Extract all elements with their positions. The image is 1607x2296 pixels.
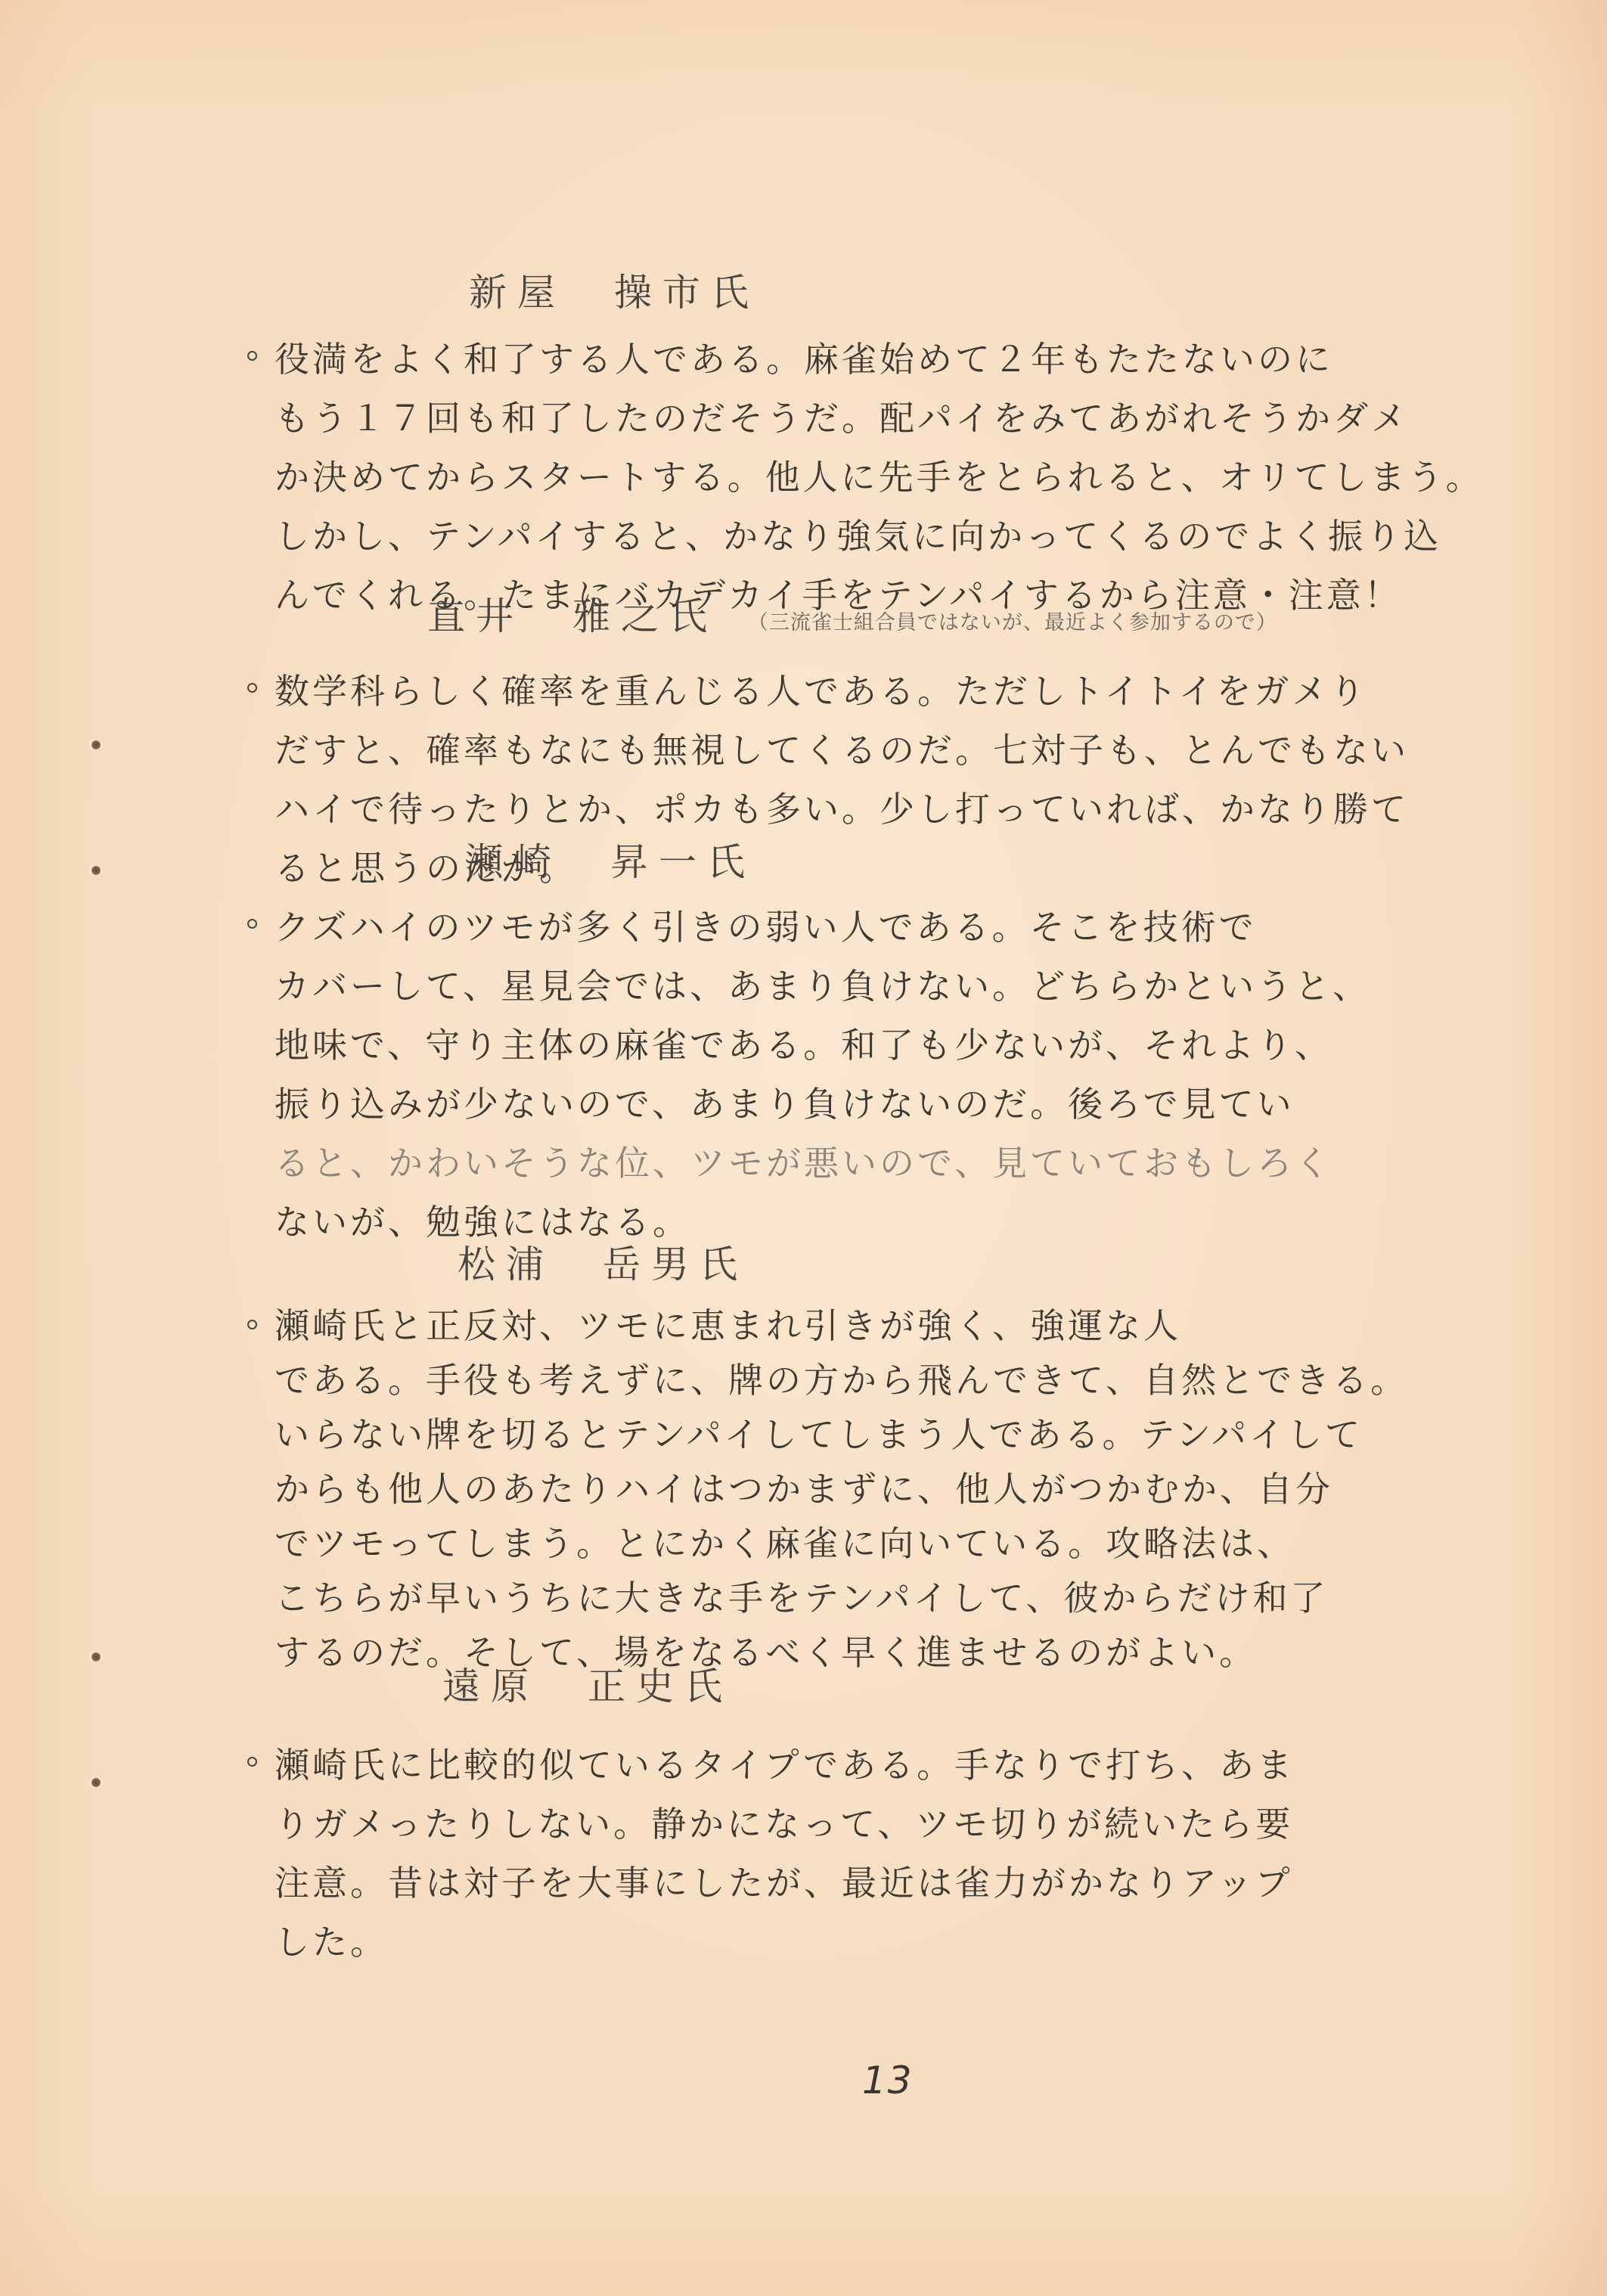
text-line: こちらが早いうちに大きな手をテンパイして、彼からだけ和了 bbox=[275, 1571, 1478, 1625]
text-line: いらない牌を切るとテンパイしてしまう人である。テンパイして bbox=[275, 1407, 1478, 1462]
text-line: もう１７回も和了したのだそうだ。配パイをみてあがれそうかダメ bbox=[275, 389, 1478, 448]
profile-name: 直井 雅之氏 bbox=[427, 594, 718, 638]
profile-section-arava: 新屋 操市氏 役満をよく和了する人である。麻雀始めて２年もたたないのに もう１７… bbox=[253, 266, 1478, 625]
profile-note: （三流雀士組合員ではないが、最近よく参加するので） bbox=[748, 611, 1277, 635]
text-line: りガメったりしない。静かになって、ツモ切りが続いたら要 bbox=[275, 1795, 1478, 1854]
bullet-circle-icon bbox=[247, 919, 257, 929]
profile-name-heading: 松浦 岳男氏 bbox=[458, 1238, 1478, 1291]
text-line: 地味で、守り主体の麻雀である。和了も少ないが、それより、 bbox=[275, 1016, 1478, 1075]
profile-description: 瀬崎氏と正反対、ツモに恵まれ引きが強く、強運な人 である。手役も考えずに、牌の方… bbox=[253, 1298, 1478, 1680]
profile-section-sezaki: 瀬崎 昇一氏 クズハイのツモが多く引きの弱い人である。そこを技術で カバーして、… bbox=[253, 836, 1478, 1252]
profile-description: 瀬崎氏に比較的似ているタイプである。手なりで打ち、あま りガメったりしない。静か… bbox=[253, 1736, 1478, 1972]
profile-name-heading: 新屋 操市氏 bbox=[469, 266, 1478, 319]
profile-section-matsuura: 松浦 岳男氏 瀬崎氏と正反対、ツモに恵まれ引きが強く、強運な人 である。手役も考… bbox=[253, 1238, 1478, 1680]
bullet-circle-icon bbox=[247, 351, 257, 361]
text-line: した。 bbox=[275, 1913, 1478, 1972]
text-line: ハイで待ったりとか、ポカも多い。少し打っていれば、かなり勝て bbox=[275, 780, 1478, 839]
bullet-circle-icon bbox=[247, 683, 257, 693]
text-line: しかし、テンパイすると、かなり強気に向かってくるのでよく振り込 bbox=[275, 507, 1478, 566]
bullet-circle-icon bbox=[247, 1320, 257, 1330]
text-line-faded: ると、かわいそうな位、ツモが悪いので、見ていておもしろく bbox=[275, 1134, 1478, 1193]
text-line: クズハイのツモが多く引きの弱い人である。そこを技術で bbox=[275, 898, 1478, 957]
text-line: 瀬崎氏と正反対、ツモに恵まれ引きが強く、強運な人 bbox=[275, 1298, 1478, 1353]
profile-name-heading: 瀬崎 昇一氏 bbox=[465, 836, 1478, 889]
text-line: カバーして、星見会では、あまり負けない。どちらかというと、 bbox=[275, 957, 1478, 1016]
binding-hole bbox=[89, 865, 103, 876]
text-line: 役満をよく和了する人である。麻雀始めて２年もたたないのに bbox=[275, 330, 1478, 389]
binding-hole bbox=[89, 1777, 103, 1788]
bullet-circle-icon bbox=[247, 1757, 257, 1767]
profile-name: 新屋 操市氏 bbox=[469, 271, 759, 315]
text-line: だすと、確率もなにも無視してくるのだ。七対子も、とんでもない bbox=[275, 721, 1478, 780]
page-number: 13 bbox=[862, 2059, 914, 2102]
binding-hole bbox=[89, 1652, 103, 1662]
document-page: 新屋 操市氏 役満をよく和了する人である。麻雀始めて２年もたたないのに もう１７… bbox=[0, 0, 1607, 2296]
binding-hole bbox=[89, 740, 103, 750]
profile-name: 瀬崎 昇一氏 bbox=[465, 840, 755, 884]
profile-name-heading: 遠原 正史氏 bbox=[442, 1660, 1478, 1713]
text-line: からも他人のあたりハイはつかまずに、他人がつかむか、自分 bbox=[275, 1462, 1478, 1516]
text-line: 振り込みが少ないので、あまり負けないのだ。後ろで見てい bbox=[275, 1075, 1478, 1134]
text-line: 注意。昔は対子を大事にしたが、最近は雀力がかなりアップ bbox=[275, 1854, 1478, 1913]
text-line: である。手役も考えずに、牌の方から飛んできて、自然とできる。 bbox=[275, 1353, 1478, 1407]
text-line: 数学科らしく確率を重んじる人である。ただしトイトイをガメり bbox=[275, 662, 1478, 721]
profile-name: 遠原 正史氏 bbox=[442, 1665, 733, 1708]
profile-name-heading: 直井 雅之氏 （三流雀士組合員ではないが、最近よく参加するので） bbox=[427, 590, 1478, 650]
profile-section-tohara: 遠原 正史氏 瀬崎氏に比較的似ているタイプである。手なりで打ち、あま りガメった… bbox=[253, 1660, 1478, 1972]
profile-description: 役満をよく和了する人である。麻雀始めて２年もたたないのに もう１７回も和了したの… bbox=[253, 330, 1478, 625]
text-line: でツモってしまう。とにかく麻雀に向いている。攻略法は、 bbox=[275, 1516, 1478, 1571]
profile-name: 松浦 岳男氏 bbox=[458, 1243, 748, 1286]
text-line: 瀬崎氏に比較的似ているタイプである。手なりで打ち、あま bbox=[275, 1736, 1478, 1795]
text-line: か決めてからスタートする。他人に先手をとられると、オリてしまう。 bbox=[275, 448, 1478, 507]
profile-description: クズハイのツモが多く引きの弱い人である。そこを技術で カバーして、星見会では、あ… bbox=[253, 898, 1478, 1252]
